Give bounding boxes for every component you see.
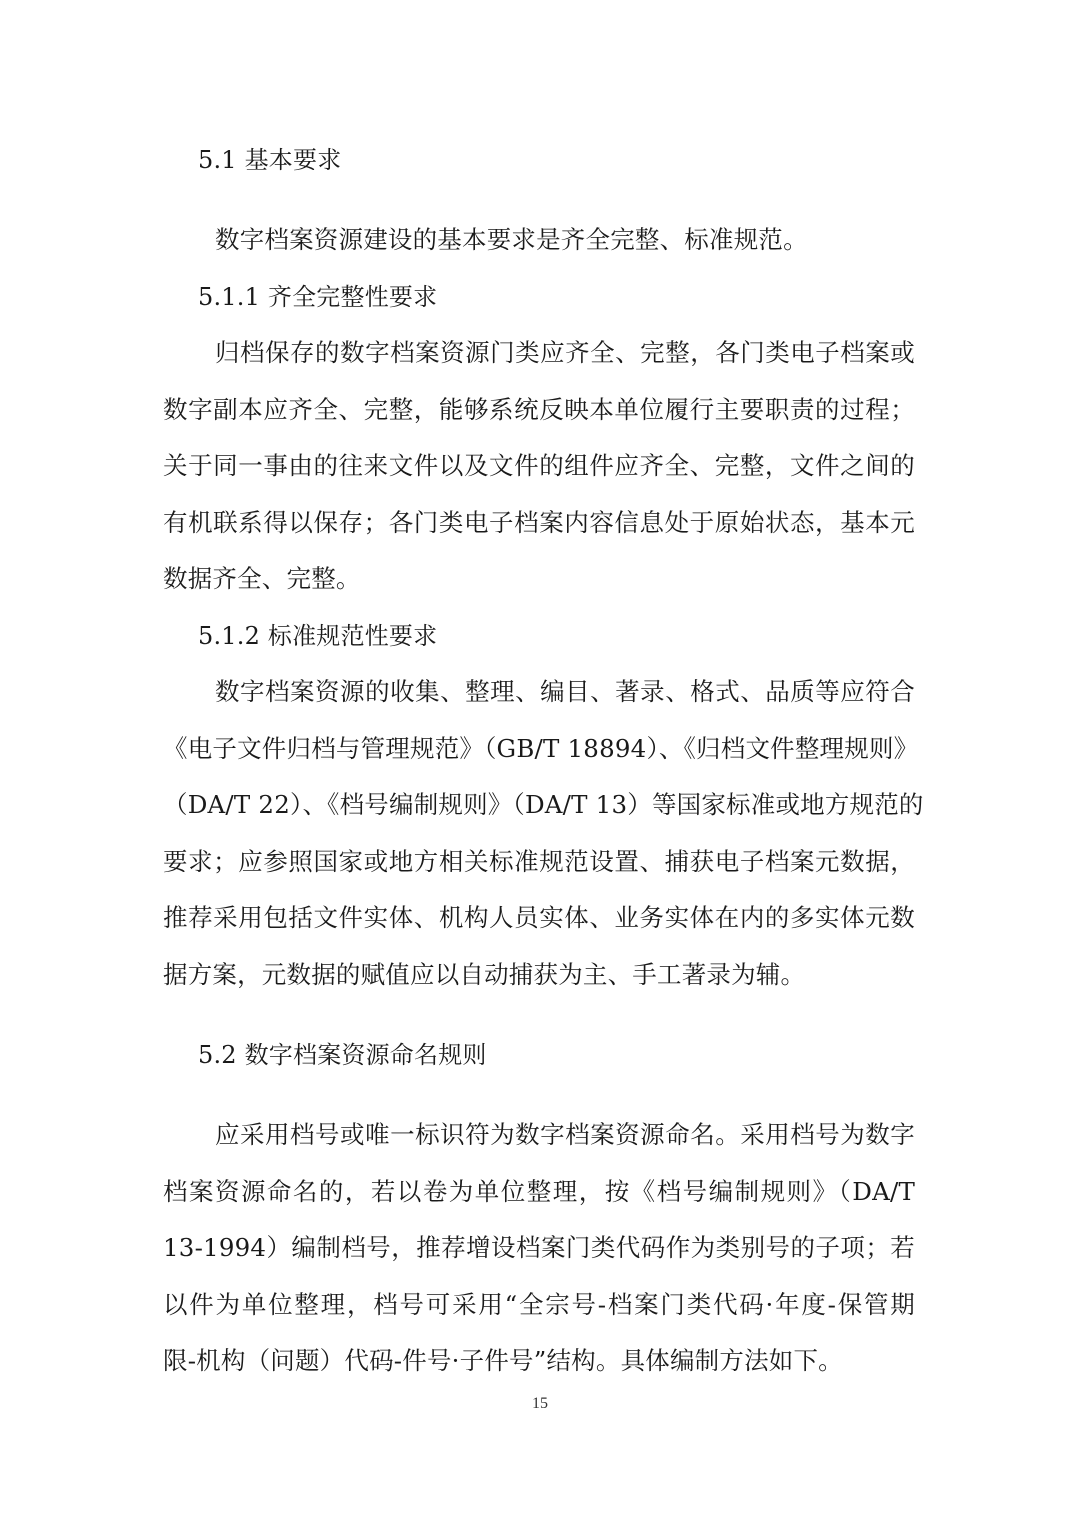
subsection-heading-5-1-2: 5.1.2 标准规范性要求 [198,621,437,651]
paragraph-line: 数据齐全、完整。 [163,564,361,594]
document-page: 5.1 基本要求 数字档案资源建设的基本要求是齐全完整、标准规范。 5.1.1 … [0,0,1080,1527]
section-intro-5-1: 数字档案资源建设的基本要求是齐全完整、标准规范。 [215,225,808,255]
section-heading-5-1: 5.1 基本要求 [198,145,341,175]
paragraph-line: 关于同一事由的往来文件以及文件的组件应齐全、完整，文件之间的 [163,451,915,481]
section-heading-5-2: 5.2 数字档案资源命名规则 [198,1040,487,1070]
paragraph-line: 《电子文件归档与管理规范》（GB/T 18894）、《归档文件整理规则》 [163,734,915,764]
paragraph-line: 数字副本应齐全、完整，能够系统反映本单位履行主要职责的过程； [163,395,915,425]
paragraph-line: 推荐采用包括文件实体、机构人员实体、业务实体在内的多实体元数 [163,903,915,933]
paragraph-line: （DA/T 22）、《档号编制规则》（DA/T 13）等国家标准或地方规范的 [163,790,915,820]
subsection-heading-5-1-1: 5.1.1 齐全完整性要求 [198,282,437,312]
paragraph-line: 13-1994）编制档号，推荐增设档案门类代码作为类别号的子项；若 [163,1233,915,1263]
paragraph-line: 有机联系得以保存；各门类电子档案内容信息处于原始状态，基本元 [163,508,915,538]
paragraph-line: 归档保存的数字档案资源门类应齐全、完整，各门类电子档案或 [215,338,915,368]
paragraph-line: 以件为单位整理，档号可采用“全宗号-档案门类代码·年度-保管期 [163,1290,915,1320]
paragraph-line: 应采用档号或唯一标识符为数字档案资源命名。采用档号为数字 [215,1120,915,1150]
paragraph-line: 数字档案资源的收集、整理、编目、著录、格式、品质等应符合 [215,677,915,707]
paragraph-line: 要求；应参照国家或地方相关标准规范设置、捕获电子档案元数据， [163,847,915,877]
page-number: 15 [0,1395,1080,1413]
paragraph-line: 据方案，元数据的赋值应以自动捕获为主、手工著录为辅。 [163,960,805,990]
paragraph-line: 档案资源命名的，若以卷为单位整理，按《档号编制规则》（DA/T [163,1177,915,1207]
paragraph-line: 限-机构（问题）代码-件号·子件号”结构。具体编制方法如下。 [163,1346,843,1376]
